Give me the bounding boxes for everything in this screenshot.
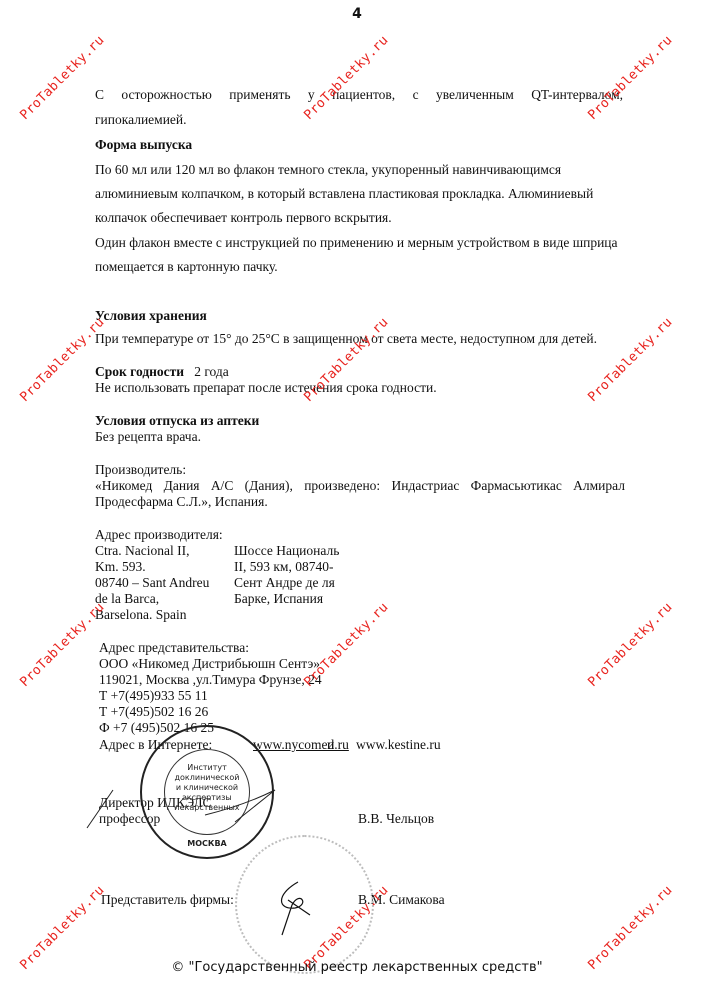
release-form-heading: Форма выпуска bbox=[95, 137, 192, 153]
watermark: ProTabletky.ru bbox=[17, 315, 107, 405]
rep-title: Представитель фирмы: bbox=[101, 892, 234, 908]
watermark: ProTabletky.ru bbox=[585, 600, 675, 690]
word: С bbox=[95, 87, 104, 103]
address-latin-line: Ctra. Nacional II, bbox=[95, 543, 189, 559]
address-latin-line: Km. 593. bbox=[95, 559, 146, 575]
manufacturer-line-2: Продесфарма С.Л.», Испания. bbox=[95, 494, 268, 510]
shelf-life-value: 2 года bbox=[194, 364, 229, 379]
rep-signature-icon bbox=[270, 880, 320, 940]
word: А/С bbox=[211, 478, 234, 494]
link-nycomed[interactable]: www.nycomed.ru bbox=[253, 737, 349, 753]
watermark: ProTabletky.ru bbox=[585, 33, 675, 123]
stamp-bottom-text: МОСКВА bbox=[182, 839, 232, 849]
intro-line-2: гипокалиемией. bbox=[95, 112, 187, 128]
address-latin-line: 08740 – Sant Andreu bbox=[95, 575, 209, 591]
address-cyrillic-line: II, 593 км, 08740- bbox=[234, 559, 333, 575]
rep-office-phone: Т +7(495)502 16 26 bbox=[99, 704, 208, 720]
internet-conj: и bbox=[327, 737, 334, 753]
dispensing-heading: Условия отпуска из аптеки bbox=[95, 413, 259, 429]
word: увеличенным bbox=[436, 87, 514, 103]
watermark: ProTabletky.ru bbox=[17, 33, 107, 123]
rep-office-phone: Т +7(495)933 55 11 bbox=[99, 688, 208, 704]
word: «Никомед bbox=[95, 478, 152, 494]
release-form-line: помещается в картонную пачку. bbox=[95, 259, 278, 275]
release-form-line: По 60 мл или 120 мл во флакон темного ст… bbox=[95, 162, 561, 178]
word: Алмирал bbox=[573, 478, 625, 494]
director-signature-icon bbox=[85, 760, 285, 830]
watermark: ProTabletky.ru bbox=[17, 600, 107, 690]
word: (Дания), bbox=[245, 478, 293, 494]
rep-office-line: ООО «Никомед Дистрибьюшн Сентэ» bbox=[99, 656, 320, 672]
page-number: 4 bbox=[0, 6, 714, 22]
manufacturer-line-1: «Никомед Дания А/С (Дания), произведено:… bbox=[95, 478, 625, 494]
address-cyrillic-line: Шоссе Националь bbox=[234, 543, 339, 559]
word: применять bbox=[229, 87, 290, 103]
word: с bbox=[413, 87, 419, 103]
word: Фармасьютикас bbox=[471, 478, 562, 494]
manufacturer-address-label: Адрес производителя: bbox=[95, 527, 223, 543]
word: Дания bbox=[164, 478, 200, 494]
manufacturer-label: Производитель: bbox=[95, 462, 186, 478]
watermark: ProTabletky.ru bbox=[585, 315, 675, 405]
storage-text: При температуре от 15° до 25°С в защищен… bbox=[95, 331, 597, 347]
release-form-line: алюминиевым колпачком, в который вставле… bbox=[95, 186, 593, 202]
shelf-life-heading: Срок годности bbox=[95, 364, 184, 379]
word: Индастриас bbox=[391, 478, 459, 494]
shelf-life-row: Срок годности 2 года bbox=[95, 364, 229, 380]
dispensing-text: Без рецепта врача. bbox=[95, 429, 201, 445]
word: осторожностью bbox=[121, 87, 212, 103]
address-cyrillic-line: Сент Андре де ля bbox=[234, 575, 335, 591]
release-form-line: Один флакон вместе с инструкцией по прим… bbox=[95, 235, 618, 251]
rep-office-line: 119021, Москва ,ул.Тимура Фрунзе, 24 bbox=[99, 672, 322, 688]
address-latin-line: de la Barca, bbox=[95, 591, 159, 607]
link-kestine[interactable]: www.kestine.ru bbox=[356, 737, 441, 753]
release-form-line: колпачок обеспечивает контроль первого в… bbox=[95, 210, 392, 226]
intro-line-1: С осторожностью применять у пациентов, с… bbox=[95, 87, 623, 103]
shelf-life-text: Не использовать препарат после истечения… bbox=[95, 380, 437, 396]
watermark: ProTabletky.ru bbox=[301, 600, 391, 690]
word: произведено: bbox=[304, 478, 380, 494]
copyright-footer: © "Государственный реестр лекарственных … bbox=[0, 960, 714, 975]
address-cyrillic-line: Барке, Испания bbox=[234, 591, 323, 607]
storage-heading: Условия хранения bbox=[95, 308, 207, 324]
director-name: В.В. Чельцов bbox=[358, 811, 434, 827]
address-latin-line: Barselona. Spain bbox=[95, 607, 186, 623]
rep-office-label: Адрес представительства: bbox=[99, 640, 249, 656]
watermark: ProTabletky.ru bbox=[301, 33, 391, 123]
